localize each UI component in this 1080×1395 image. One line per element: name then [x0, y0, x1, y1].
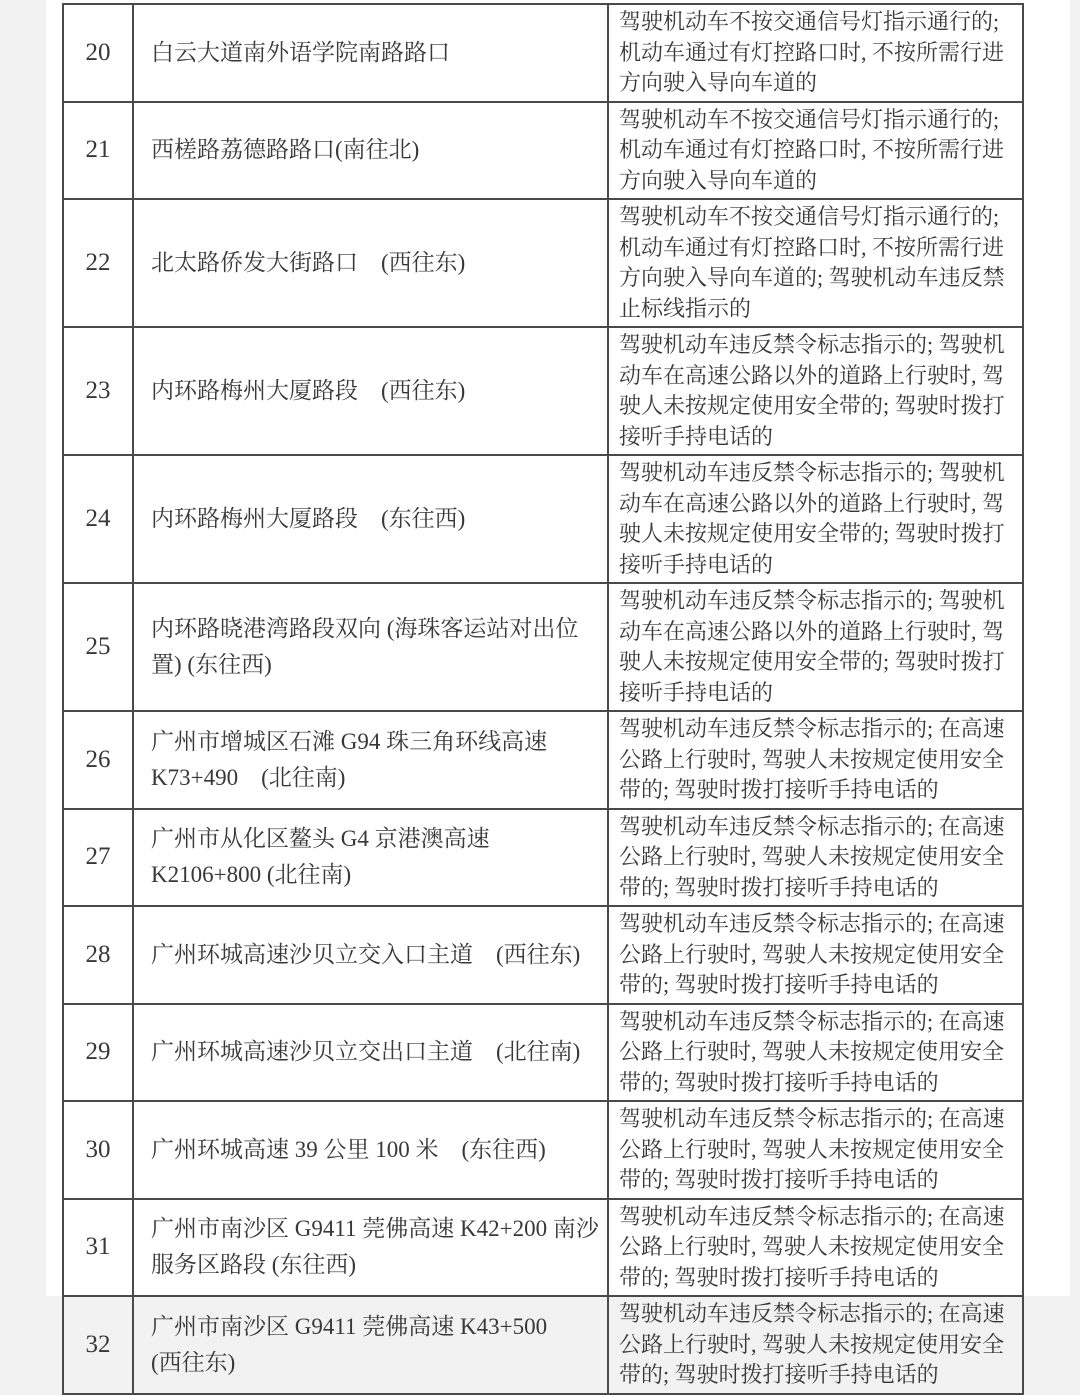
violation-cell: 驾驶机动车违反禁令标志指示的; 驾驶机动车在高速公路以外的道路上行驶时, 驾驶人… [608, 327, 1023, 455]
violation-cell: 驾驶机动车违反禁令标志指示的; 在高速公路上行驶时, 驾驶人未按规定使用安全带的… [608, 1296, 1023, 1305]
location-cell: 广州环城高速 39 公里 100 米 (东往西) [133, 1101, 608, 1199]
row-number-cell: 23 [63, 327, 133, 455]
row-number-cell: 31 [63, 1199, 133, 1297]
row-number-cell: 21 [63, 102, 133, 200]
table-row: 28 广州环城高速沙贝立交入口主道 (西往东) 驾驶机动车违反禁令标志指示的; … [63, 906, 1023, 1004]
violation-cell: 驾驶机动车违反禁令标志指示的; 在高速公路上行驶时, 驾驶人未按规定使用安全带的… [608, 711, 1023, 809]
location-cell: 广州市南沙区 G9411 莞佛高速 K43+500 (西往东) [133, 1296, 608, 1305]
row-number-cell: 30 [63, 1101, 133, 1199]
document-page: 20 白云大道南外语学院南路路口 驾驶机动车不按交通信号灯指示通行的; 机动车通… [46, 0, 1070, 1296]
table-row: 21 西槎路荔德路路口(南往北) 驾驶机动车不按交通信号灯指示通行的; 机动车通… [63, 102, 1023, 200]
row-number-cell: 32 [63, 1296, 133, 1305]
violation-cell: 驾驶机动车不按交通信号灯指示通行的; 机动车通过有灯控路口时, 不按所需行进方向… [608, 199, 1023, 327]
location-cell: 广州市南沙区 G9411 莞佛高速 K42+200 南沙服务区路段 (东往西) [133, 1199, 608, 1297]
location-cell: 内环路梅州大厦路段 (东往西) [133, 455, 608, 583]
row-number-cell: 22 [63, 199, 133, 327]
traffic-camera-table: 20 白云大道南外语学院南路路口 驾驶机动车不按交通信号灯指示通行的; 机动车通… [62, 3, 1024, 1305]
table-row: 32 广州市南沙区 G9411 莞佛高速 K43+500 (西往东) 驾驶机动车… [63, 1296, 1023, 1305]
violation-cell: 驾驶机动车违反禁令标志指示的; 在高速公路上行驶时, 驾驶人未按规定使用安全带的… [608, 809, 1023, 907]
violation-cell: 驾驶机动车不按交通信号灯指示通行的; 机动车通过有灯控路口时, 不按所需行进方向… [608, 4, 1023, 102]
location-cell: 广州环城高速沙贝立交出口主道 (北往南) [133, 1004, 608, 1102]
violation-cell: 驾驶机动车违反禁令标志指示的; 在高速公路上行驶时, 驾驶人未按规定使用安全带的… [608, 1004, 1023, 1102]
location-cell: 内环路梅州大厦路段 (西往东) [133, 327, 608, 455]
location-cell: 广州环城高速沙贝立交入口主道 (西往东) [133, 906, 608, 1004]
location-cell: 白云大道南外语学院南路路口 [133, 4, 608, 102]
location-cell: 内环路晓港湾路段双向 (海珠客运站对出位置) (东往西) [133, 583, 608, 711]
violation-cell: 驾驶机动车违反禁令标志指示的; 驾驶机动车在高速公路以外的道路上行驶时, 驾驶人… [608, 455, 1023, 583]
table-row: 25 内环路晓港湾路段双向 (海珠客运站对出位置) (东往西) 驾驶机动车违反禁… [63, 583, 1023, 711]
location-cell: 西槎路荔德路路口(南往北) [133, 102, 608, 200]
violation-cell: 驾驶机动车违反禁令标志指示的; 在高速公路上行驶时, 驾驶人未按规定使用安全带的… [608, 906, 1023, 1004]
violation-cell: 驾驶机动车违反禁令标志指示的; 在高速公路上行驶时, 驾驶人未按规定使用安全带的… [608, 1101, 1023, 1199]
table-row: 27 广州市从化区鳌头 G4 京港澳高速 K2106+800 (北往南) 驾驶机… [63, 809, 1023, 907]
table-row: 23 内环路梅州大厦路段 (西往东) 驾驶机动车违反禁令标志指示的; 驾驶机动车… [63, 327, 1023, 455]
table-row: 22 北太路侨发大街路口 (西往东) 驾驶机动车不按交通信号灯指示通行的; 机动… [63, 199, 1023, 327]
violation-cell: 驾驶机动车违反禁令标志指示的; 在高速公路上行驶时, 驾驶人未按规定使用安全带的… [608, 1199, 1023, 1297]
row-number-cell: 27 [63, 809, 133, 907]
table-row: 26 广州市增城区石滩 G94 珠三角环线高速 K73+490 (北往南) 驾驶… [63, 711, 1023, 809]
location-cell: 北太路侨发大街路口 (西往东) [133, 199, 608, 327]
location-cell: 广州市从化区鳌头 G4 京港澳高速 K2106+800 (北往南) [133, 809, 608, 907]
row-number-cell: 24 [63, 455, 133, 583]
row-number-cell: 29 [63, 1004, 133, 1102]
table-row: 30 广州环城高速 39 公里 100 米 (东往西) 驾驶机动车违反禁令标志指… [63, 1101, 1023, 1199]
row-number-cell: 20 [63, 4, 133, 102]
table-body: 20 白云大道南外语学院南路路口 驾驶机动车不按交通信号灯指示通行的; 机动车通… [63, 4, 1023, 1305]
row-number-cell: 25 [63, 583, 133, 711]
row-number-cell: 28 [63, 906, 133, 1004]
location-cell: 广州市增城区石滩 G94 珠三角环线高速 K73+490 (北往南) [133, 711, 608, 809]
table-row: 29 广州环城高速沙贝立交出口主道 (北往南) 驾驶机动车违反禁令标志指示的; … [63, 1004, 1023, 1102]
violation-cell: 驾驶机动车违反禁令标志指示的; 驾驶机动车在高速公路以外的道路上行驶时, 驾驶人… [608, 583, 1023, 711]
table-row: 24 内环路梅州大厦路段 (东往西) 驾驶机动车违反禁令标志指示的; 驾驶机动车… [63, 455, 1023, 583]
table-row: 20 白云大道南外语学院南路路口 驾驶机动车不按交通信号灯指示通行的; 机动车通… [63, 4, 1023, 102]
table-row: 31 广州市南沙区 G9411 莞佛高速 K42+200 南沙服务区路段 (东往… [63, 1199, 1023, 1297]
violation-cell: 驾驶机动车不按交通信号灯指示通行的; 机动车通过有灯控路口时, 不按所需行进方向… [608, 102, 1023, 200]
row-number-cell: 26 [63, 711, 133, 809]
